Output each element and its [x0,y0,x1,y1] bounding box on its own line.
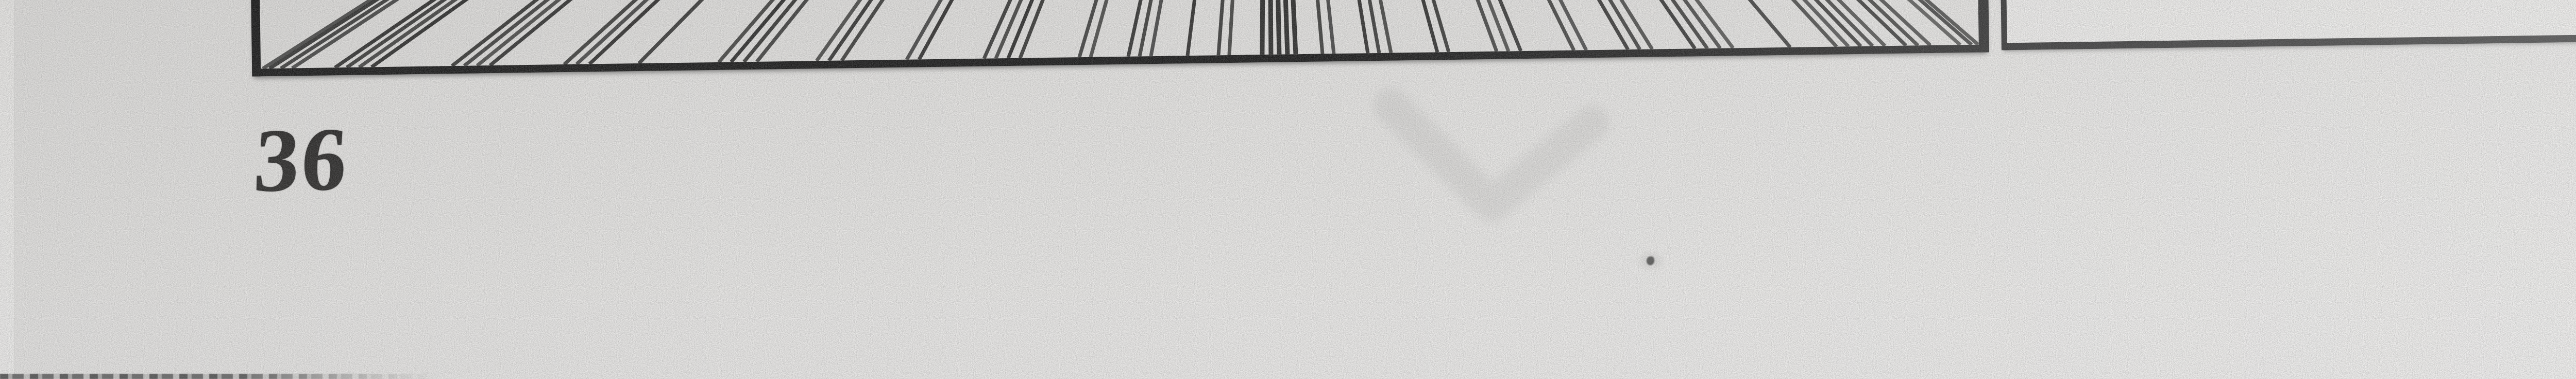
hatch-line [1582,0,1628,50]
hatch-line [1285,0,1287,55]
hatch-line [1019,0,1053,58]
figure-panel-hatched [251,0,1989,77]
hatch-line [1278,0,1279,55]
figure-panel-blank [2001,0,2576,50]
hatch-line [1228,0,1235,55]
hatch-line [1723,0,1790,48]
hatch-line [1150,0,1167,56]
hatch-line [1217,0,1226,55]
hatch-line [1187,0,1199,56]
hatch-line [1603,0,1652,50]
hatch-line [1261,0,1264,55]
page-edge-smudge [0,374,453,379]
hatch-line [1270,0,1272,55]
hatch-line [1315,0,1323,54]
hatch-line [1806,0,1885,47]
hatch-line [575,0,666,64]
hatch-line [1325,0,1334,54]
page-number: 36 [252,124,351,196]
page-left-margin [0,0,15,379]
hatch-lines [260,0,1979,68]
hatch-line [1592,0,1639,50]
hatch-line [1535,0,1574,51]
hatch-line [1292,0,1296,54]
scanned-page: 36 [0,0,2576,379]
hatch-line [1355,0,1368,54]
